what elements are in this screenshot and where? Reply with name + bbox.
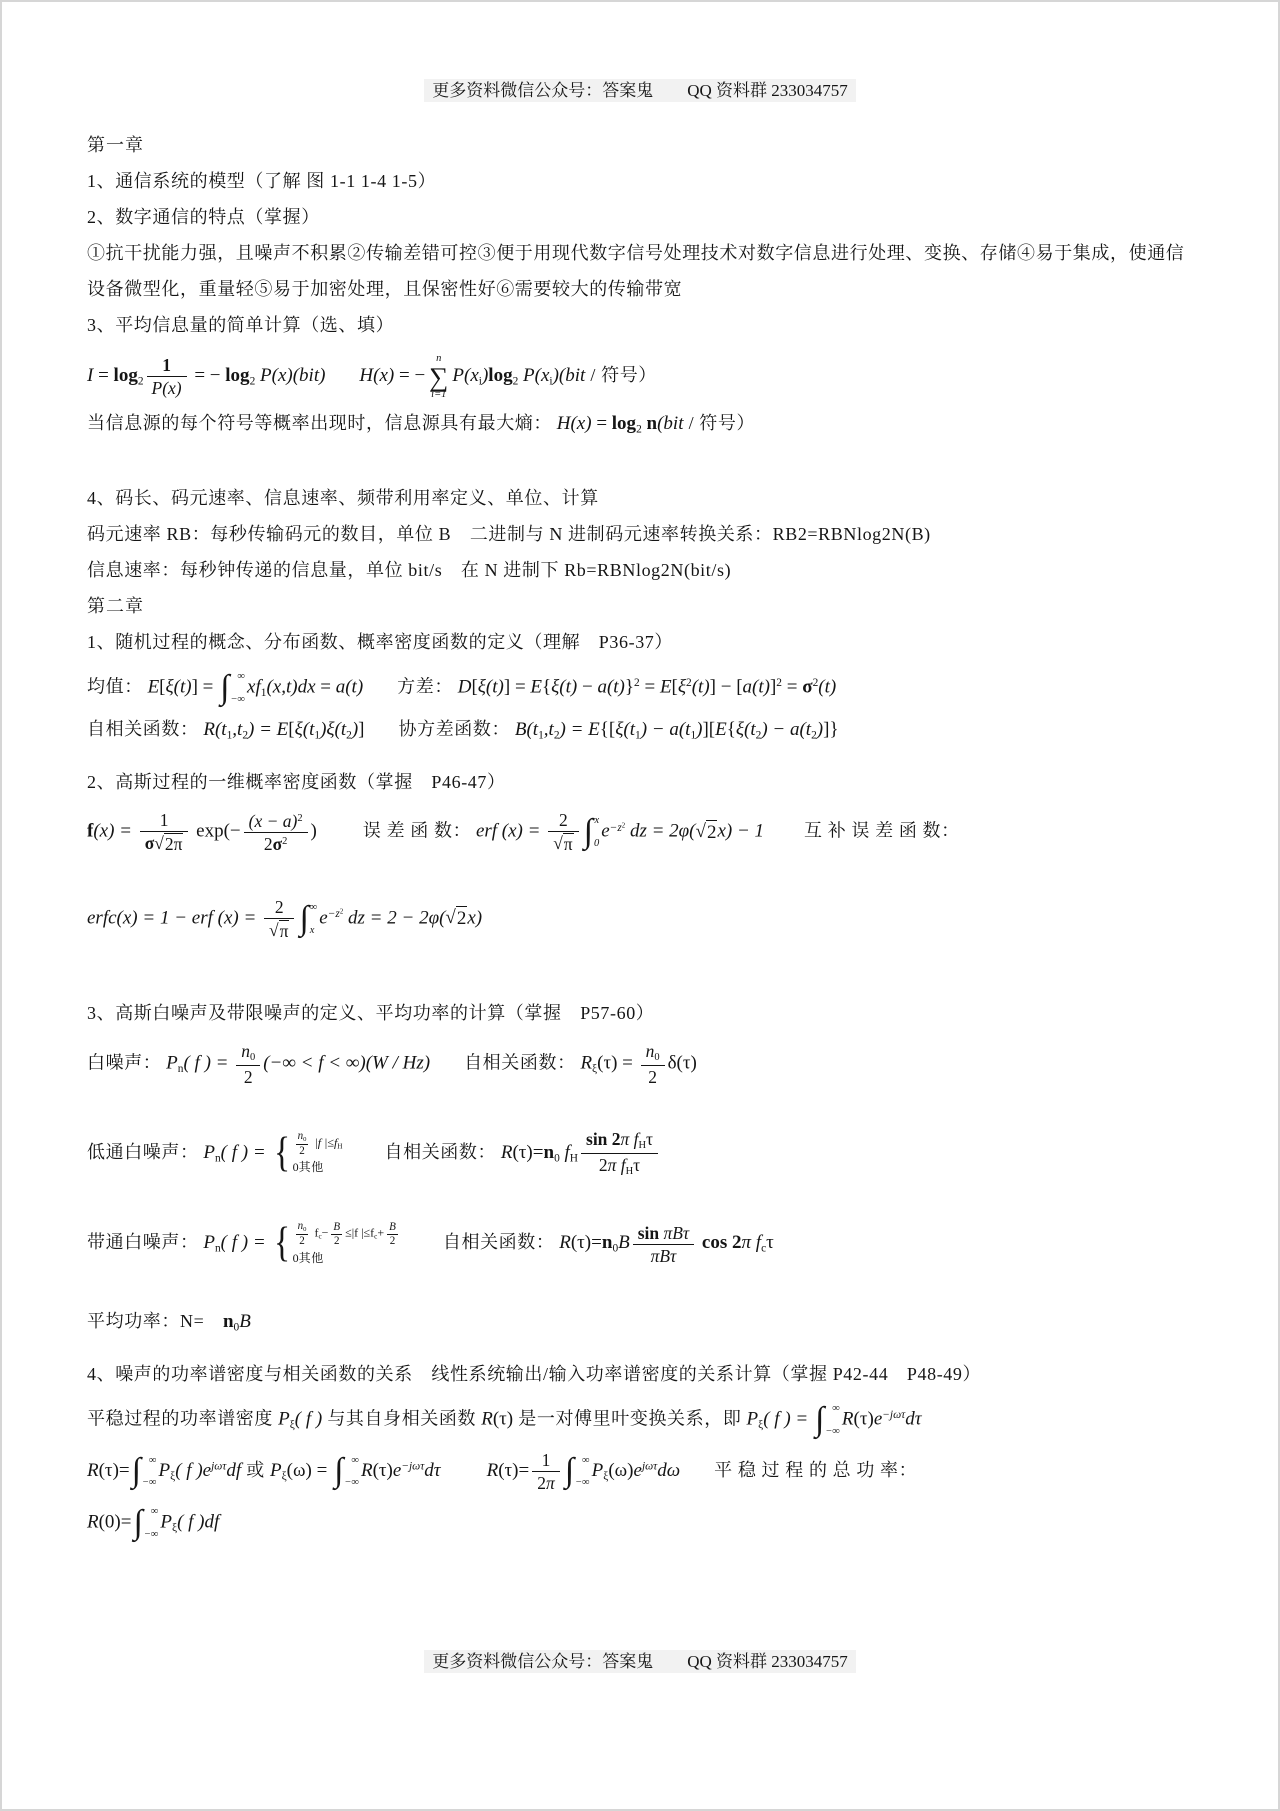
math-bold: n (543, 1142, 554, 1163)
math-variable: jωτ (642, 1461, 657, 1473)
math-variable: ξ(t (736, 719, 756, 740)
blank-line (87, 1188, 1193, 1210)
math-variable: π f (742, 1233, 762, 1254)
math-variable: n (241, 1041, 250, 1061)
cjk-text: 均值： (87, 677, 143, 697)
math-variable: ( f ) = (221, 1233, 271, 1254)
integral-sign: ∫ (133, 1507, 142, 1539)
math-variable: πBτ (663, 1223, 689, 1243)
math-roman: { (727, 719, 736, 740)
square-root: √π (269, 920, 289, 941)
summation: n∑i=1 (429, 353, 448, 400)
integral-limits: ∞−∞ (825, 1402, 840, 1438)
blank-line (87, 1097, 1193, 1119)
integral-upper-limit: ∞ (149, 1454, 157, 1467)
paragraph: 2、高斯过程的一维概率密度函数（掌握 P46-47） (87, 764, 1193, 800)
math-variable: ξ(t) (166, 677, 192, 698)
math-subscript: 2 (138, 375, 144, 387)
cjk-text: 自相关函数： (385, 1142, 497, 1162)
integral-sign: ∫ (815, 1404, 824, 1436)
paragraph: 1、随机过程的概念、分布函数、概率密度函数的定义（理解 P36-37） (87, 624, 1193, 660)
fraction-numerator: B (331, 1221, 342, 1235)
math-roman: (τ)= (99, 1460, 130, 1481)
math-variable: )ξ(t (320, 719, 346, 740)
math-variable: −jωτ (401, 1461, 424, 1473)
blank-line (87, 1278, 1193, 1300)
math-variable: P(x)(bit) (255, 365, 325, 386)
integral-limits: ∞−∞ (144, 1505, 159, 1541)
math-roman: = − (394, 365, 425, 386)
math-bold: n (602, 1233, 613, 1254)
integral: ∫∞x (299, 901, 317, 937)
math-variable: B (239, 1311, 251, 1332)
fraction: sin 2π fHτ2π fHτ (581, 1129, 658, 1178)
fraction-denominator: 2π (532, 1472, 560, 1493)
math-variable: (x − a) (249, 811, 298, 831)
summation-lower-limit: i=1 (431, 389, 446, 401)
math-variable: P (199, 1233, 215, 1254)
case-row-condition: n02 |f |≤fH (293, 1130, 343, 1157)
math-variable: R (576, 1052, 592, 1073)
math-roman: 0 (303, 1136, 306, 1143)
paragraph: 4、码长、码元速率、信息速率、频带利用率定义、单位、计算 (87, 480, 1193, 516)
footer-watermark-text: 更多资料微信公众号：答案鬼 QQ 资料群 233034757 (424, 1650, 856, 1673)
math-variable: P (161, 1052, 177, 1073)
integral: ∫∞−∞ (334, 1454, 359, 1490)
square-root: √2 (696, 820, 718, 845)
header-watermark-text: 更多资料微信公众号：答案鬼 QQ 资料群 233034757 (424, 79, 856, 102)
math-roman: 2 (264, 834, 273, 854)
math-superscript: 2 (282, 836, 287, 847)
cjk-text: 或 (241, 1460, 270, 1480)
integral: ∫∞−∞ (220, 670, 245, 706)
radical-sign: √ (553, 833, 563, 854)
math-variable: (t) (818, 677, 836, 698)
math-variable: |f |≤f (311, 1135, 337, 1149)
math-roman: (ω) (608, 1460, 633, 1481)
fraction-numerator: 2 (264, 897, 294, 919)
math-bold: σ (145, 833, 155, 853)
math-variable: (x,t)dx (266, 677, 315, 698)
chapter-heading: 第二章 (87, 588, 1193, 624)
fraction: sin πBτπBτ (633, 1223, 694, 1266)
paragraph: ①抗干扰能力强，且噪声不积累②传输差错可控③便于用现代数字信号处理技术对数字信息… (87, 235, 1193, 307)
fraction: B2 (331, 1221, 342, 1247)
math-variable: erfc(x) = 1 − erf (x) = (87, 907, 261, 928)
fraction: n02 (236, 1041, 260, 1087)
math-subscript: 0 (654, 1052, 659, 1063)
formula-line: R(0)=∫∞−∞Pξ( f )df (87, 1503, 1193, 1543)
integral-lower-limit: −∞ (144, 1528, 159, 1541)
math-roman: 2 (299, 1145, 305, 1157)
math-subscript: 0 (303, 1136, 306, 1143)
fraction-denominator: 2 (296, 1145, 309, 1158)
math-variable: x) − 1 (717, 821, 764, 842)
integral-limits: ∞x (310, 901, 318, 937)
math-roman: { (542, 677, 551, 698)
math-variable: ) − a(t (761, 719, 811, 740)
integral-upper-limit: ∞ (151, 1505, 159, 1518)
square-root: √2 (445, 906, 467, 931)
math-roman: (τ)= (512, 1142, 543, 1163)
math-variable: ) = E (248, 719, 288, 740)
radical-sign: √ (696, 820, 706, 845)
math-bold: σ (802, 677, 812, 698)
math-roman: H (570, 1153, 578, 1165)
math-subscript: H (337, 1143, 342, 1151)
blank-line (87, 458, 1193, 480)
math-variable: ( f ) = (763, 1408, 813, 1429)
math-variable: (−∞ < f < ∞)(W / Hz) (263, 1052, 430, 1073)
fraction: 1σ√2π (140, 810, 189, 854)
fraction-denominator: 2σ2 (244, 833, 308, 854)
case-row-condition: n02 fc−B2≤|f |≤fc+B2 (293, 1220, 401, 1247)
fraction-numerator: 1 (532, 1450, 560, 1472)
math-subscript: H (570, 1153, 578, 1165)
integral: ∫∞−∞ (565, 1454, 590, 1490)
math-roman: = (93, 365, 113, 386)
math-bold: log (225, 365, 249, 386)
math-roman: + (377, 1226, 384, 1240)
fraction: 1P(x) (147, 355, 187, 398)
cjk-text: 方差： (397, 677, 453, 697)
cjk-text: 白噪声： (87, 1052, 161, 1072)
math-roman: δ(τ) (668, 1052, 697, 1073)
math-superscript: −jωτ (401, 1461, 424, 1473)
formula-line: 白噪声： Pn( f ) = n02(−∞ < f < ∞)(W / Hz)自相… (87, 1039, 1193, 1089)
math-variable: )(bit (553, 365, 586, 386)
math-variable: dτ (905, 1408, 921, 1429)
page-footer: 更多资料微信公众号：答案鬼 QQ 资料群 233034757 (2, 1647, 1278, 1672)
math-roman: 2 (299, 1235, 305, 1247)
math-variable: B (333, 1221, 340, 1233)
math-roman: 0 (250, 1052, 255, 1063)
square-root: √2π (154, 833, 183, 854)
integral: ∫∞−∞ (132, 1454, 157, 1490)
cjk-text: 当信息源的每个符号等概率出现时，信息源具有最大熵： (87, 413, 552, 433)
math-roman: 2π (165, 834, 183, 854)
math-variable: ,t (544, 719, 554, 740)
cjk-text: / 符号） (585, 365, 657, 385)
math-variable: ) − a(t (641, 719, 691, 740)
math-variable: ξ (678, 677, 686, 698)
math-roman: ][ (702, 719, 715, 740)
integral-limits: ∞−∞ (344, 1454, 359, 1490)
math-variable: P(x) (152, 378, 182, 398)
math-bold: σ (273, 834, 283, 854)
math-variable: f (560, 1142, 570, 1163)
integral: ∫∞−∞ (133, 1505, 158, 1541)
cases-column: n02 fc−B2≤|f |≤fc+B20其他 (293, 1220, 401, 1267)
fraction-numerator: sin 2π fHτ (581, 1129, 658, 1154)
math-variable: (t) (692, 677, 710, 698)
spacer (363, 692, 397, 693)
math-variable: e (319, 907, 327, 928)
radical-sign: √ (269, 920, 279, 941)
math-variable: B (389, 1221, 396, 1233)
math-bold: n (223, 1311, 234, 1332)
math-roman: } (625, 677, 634, 698)
cjk-text: 带通白噪声： (87, 1233, 199, 1253)
spacer (764, 836, 804, 837)
math-variable: P (270, 1460, 282, 1481)
case-row-otherwise: 0其他 (293, 1249, 401, 1268)
math-bold: log (488, 365, 512, 386)
math-variable: R(t (199, 719, 227, 740)
fraction-denominator: σ√2π (140, 832, 189, 854)
math-subscript: H (638, 1140, 646, 1151)
spacer (680, 1475, 714, 1476)
integral-upper-limit: ∞ (582, 1454, 590, 1467)
math-bold: cos 2 (697, 1233, 741, 1254)
spacer (403, 1248, 443, 1249)
integral-sign: ∫ (299, 903, 308, 935)
math-roman: 2 (559, 810, 568, 830)
spacer (365, 734, 399, 735)
cjk-text: 与其自身相关函数 (322, 1408, 481, 1428)
fraction-denominator: P(x) (147, 377, 187, 398)
math-superscript: jωτ (642, 1461, 657, 1473)
radicand: 2 (706, 820, 718, 845)
integral-upper-limit: ∞ (351, 1454, 359, 1467)
radical-sign: √ (154, 833, 164, 854)
math-variable: e (634, 1460, 642, 1481)
cjk-text: 低通白噪声： (87, 1142, 199, 1162)
math-variable: E (660, 677, 672, 698)
math-roman: 2 (457, 908, 467, 929)
math-variable: e (601, 821, 609, 842)
cjk-text: 协方差函数： (399, 719, 511, 739)
left-brace: { (274, 1137, 290, 1171)
cjk-text: 其他 (299, 1160, 324, 1174)
fraction-denominator: 2 (387, 1235, 398, 1248)
document-page: 更多资料微信公众号：答案鬼 QQ 资料群 233034757 第一章1、通信系统… (0, 0, 1280, 1811)
square-root: √π (553, 833, 573, 854)
math-roman: ] = (504, 677, 531, 698)
math-roman: = (592, 413, 612, 434)
math-variable: R (87, 1460, 99, 1481)
math-roman: 2 (707, 822, 717, 843)
math-variable: R (842, 1408, 854, 1429)
math-subscript: 0 (303, 1226, 306, 1233)
math-variable: df (226, 1460, 241, 1481)
math-variable: x) (467, 907, 482, 928)
math-variable: e (874, 1408, 882, 1429)
math-roman: 2 (138, 375, 144, 387)
math-roman: (ω) = (287, 1460, 332, 1481)
integral: ∫∞−∞ (815, 1402, 840, 1438)
page-header: 更多资料微信公众号：答案鬼 QQ 资料群 233034757 (2, 2, 1278, 101)
fraction-numerator: n0 (641, 1041, 665, 1066)
math-roman: = − (190, 365, 226, 386)
formula-line: I = log21P(x) = − log2 P(x)(bit)H(x) = −… (87, 351, 1193, 402)
math-variable: P(x (518, 365, 549, 386)
fraction-denominator: 2 (641, 1066, 665, 1087)
math-bold: sin (638, 1223, 664, 1243)
math-variable: B (618, 1233, 630, 1254)
math-variable: E (143, 677, 159, 698)
math-roman: (τ) (854, 1408, 874, 1429)
math-roman: 1 (160, 810, 169, 830)
fraction: n02 (296, 1220, 309, 1247)
math-variable: jωτ (211, 1461, 226, 1473)
math-roman: 2 (282, 836, 287, 847)
integral-lower-limit: −∞ (344, 1476, 359, 1489)
cjk-text: 其他 (299, 1251, 324, 1265)
piecewise-cases: {n02 |f |≤fH0其他 (272, 1130, 342, 1177)
math-variable: P (747, 1408, 759, 1429)
cjk-text: 互 补 误 差 函 数： (804, 821, 960, 841)
radicand: π (279, 920, 290, 941)
math-roman: 2 (297, 813, 302, 824)
formula-line: 平均功率：N= n0B (87, 1308, 1193, 1348)
math-bold: n (642, 413, 657, 434)
spacer (317, 836, 363, 837)
math-variable: a(t) (336, 677, 363, 698)
math-variable: dω (657, 1460, 680, 1481)
math-roman: (τ) (493, 1408, 513, 1429)
integral-upper-limit: ∞ (238, 670, 246, 683)
formula-line: 均值： E[ξ(t)] = ∫∞−∞xf1(x,t)dx = a(t)方差： D… (87, 668, 1193, 708)
math-roman: (τ) (373, 1460, 393, 1481)
math-roman: (τ)= (498, 1460, 529, 1481)
math-variable: dz = 2φ( (625, 821, 695, 842)
fraction-numerator: sin πBτ (633, 1223, 694, 1245)
chapter-heading: 第一章 (87, 127, 1193, 163)
math-variable: ( f )df (177, 1511, 219, 1532)
math-superscript: jωτ (211, 1461, 226, 1473)
cjk-text: 自相关函数： (464, 1052, 576, 1072)
paragraph: 3、平均信息量的简单计算（选、填） (87, 307, 1193, 343)
formula-line: R(τ)=∫∞−∞Pξ( f )ejωτdf 或 Pξ(ω) = ∫∞−∞R(τ… (87, 1448, 1193, 1495)
math-roman: H (638, 1140, 646, 1151)
math-variable: π f (621, 1129, 639, 1149)
math-variable: π f (608, 1155, 626, 1175)
integral-sign: ∫ (565, 1455, 574, 1487)
paragraph: 4、噪声的功率谱密度与相关函数的关系 线性系统输出/输入功率谱密度的关系计算（掌… (87, 1356, 1193, 1392)
integral-sign: ∫ (220, 672, 229, 704)
integral-lower-limit: 0 (594, 837, 599, 850)
fraction-numerator: n0 (296, 1220, 309, 1235)
math-roman: (τ)= (571, 1233, 602, 1254)
formula-line: 带通白噪声： Pn( f ) = {n02 fc−B2≤|f |≤fc+B20其… (87, 1218, 1193, 1269)
fraction-denominator: 2π fHτ (581, 1154, 658, 1178)
math-variable: ( f )e (175, 1460, 211, 1481)
fraction-numerator: n0 (296, 1130, 309, 1145)
math-variable: ( f ) = (183, 1052, 233, 1073)
math-variable: ξ(t (615, 719, 635, 740)
math-roman: ≤|f |≤f (345, 1226, 374, 1240)
paragraph: 1、通信系统的模型（了解 图 1-1 1-4 1-5） (87, 163, 1193, 199)
math-roman: τ (766, 1233, 774, 1254)
formula-line: 自相关函数： R(t1,t2) = E[ξ(t1)ξ(t2)]协方差函数： B(… (87, 716, 1193, 756)
fraction: B2 (387, 1221, 398, 1247)
math-variable: −z (328, 908, 340, 920)
cjk-text: 自相关函数： (443, 1233, 555, 1253)
math-variable: E (530, 677, 542, 698)
math-variable: E (715, 719, 727, 740)
math-roman: 0 (303, 1226, 306, 1233)
math-roman: ] = (192, 677, 219, 698)
math-roman: 2 (244, 1067, 253, 1087)
math-variable: B(t (510, 719, 538, 740)
piecewise-cases: {n02 fc−B2≤|f |≤fc+B20其他 (272, 1220, 400, 1267)
spacer (430, 1067, 464, 1068)
integral-limits: ∞−∞ (142, 1454, 157, 1490)
fraction: 2√π (548, 810, 578, 854)
fraction-denominator: 2 (236, 1066, 260, 1087)
integral-lower-limit: −∞ (230, 693, 245, 706)
fraction-numerator: 2 (548, 810, 578, 832)
math-roman: 2 (275, 897, 284, 917)
fraction-numerator: 1 (147, 355, 187, 377)
cjk-text: 平稳过程的功率谱密度 (87, 1408, 278, 1428)
cases-column: n02 |f |≤fH0其他 (293, 1130, 343, 1177)
radicand: 2π (164, 833, 184, 854)
math-roman: = (316, 677, 336, 698)
fraction-denominator: √π (264, 919, 294, 941)
math-variable: xf (247, 677, 261, 698)
cjk-text: / 符号） (683, 413, 755, 433)
math-variable: π (546, 1473, 555, 1493)
fraction: n02 (296, 1130, 309, 1157)
integral-sign: ∫ (334, 1455, 343, 1487)
math-variable: R (361, 1460, 373, 1481)
integral: ∫x0 (584, 814, 600, 850)
math-roman: ) (311, 821, 317, 842)
formula-line: erfc(x) = 1 − erf (x) = 2√π∫∞xe−z2 dz = … (87, 895, 1193, 943)
spacer (345, 1157, 385, 1158)
math-variable: a(t) (743, 677, 770, 698)
math-superscript: −jωτ (882, 1409, 905, 1421)
math-variable: (x) = (93, 821, 136, 842)
spacer (325, 380, 359, 381)
formula-line: 低通白噪声： Pn( f ) = {n02 |f |≤fH0其他自相关函数： R… (87, 1127, 1193, 1180)
fraction-denominator: 2 (331, 1235, 342, 1248)
integral-upper-limit: x (595, 814, 600, 827)
math-roman: 0 (654, 1052, 659, 1063)
integral-sign: ∫ (584, 816, 593, 848)
math-roman: π (564, 834, 573, 854)
integral-limits: x0 (594, 814, 599, 850)
math-variable: dz = 2 − 2φ( (343, 907, 445, 928)
math-roman: − (322, 1226, 329, 1240)
math-roman: − (577, 677, 597, 698)
sigma-sign: ∑ (429, 365, 448, 389)
cjk-text: 自相关函数： (87, 719, 199, 739)
fraction: 2√π (264, 897, 294, 941)
math-variable: R (554, 1233, 570, 1254)
math-roman: H (337, 1143, 342, 1151)
integral-upper-limit: ∞ (310, 901, 318, 914)
fraction-numerator: B (387, 1221, 398, 1235)
math-variable: P (199, 1142, 215, 1163)
math-variable: P (278, 1408, 290, 1429)
integral-limits: ∞−∞ (575, 1454, 590, 1490)
formula-line: 当信息源的每个符号等概率出现时，信息源具有最大熵： H(x) = log2 n(… (87, 410, 1193, 450)
math-roman: 2 (334, 1235, 340, 1247)
cjk-text: 误 差 函 数： (363, 821, 471, 841)
fraction: 12π (532, 1450, 560, 1493)
math-roman: 2 (599, 1155, 608, 1175)
math-variable: (bit (657, 413, 683, 434)
math-variable: R (496, 1142, 512, 1163)
math-variable: R (487, 1460, 499, 1481)
math-variable: P (159, 1460, 171, 1481)
paragraph: 3、高斯白噪声及带限噪声的定义、平均功率的计算（掌握 P57-60） (87, 995, 1193, 1031)
math-roman: exp(− (191, 821, 240, 842)
formula-line: 平稳过程的功率谱密度 Pξ( f ) 与其自身相关函数 R(τ) 是一对傅里叶变… (87, 1400, 1193, 1440)
